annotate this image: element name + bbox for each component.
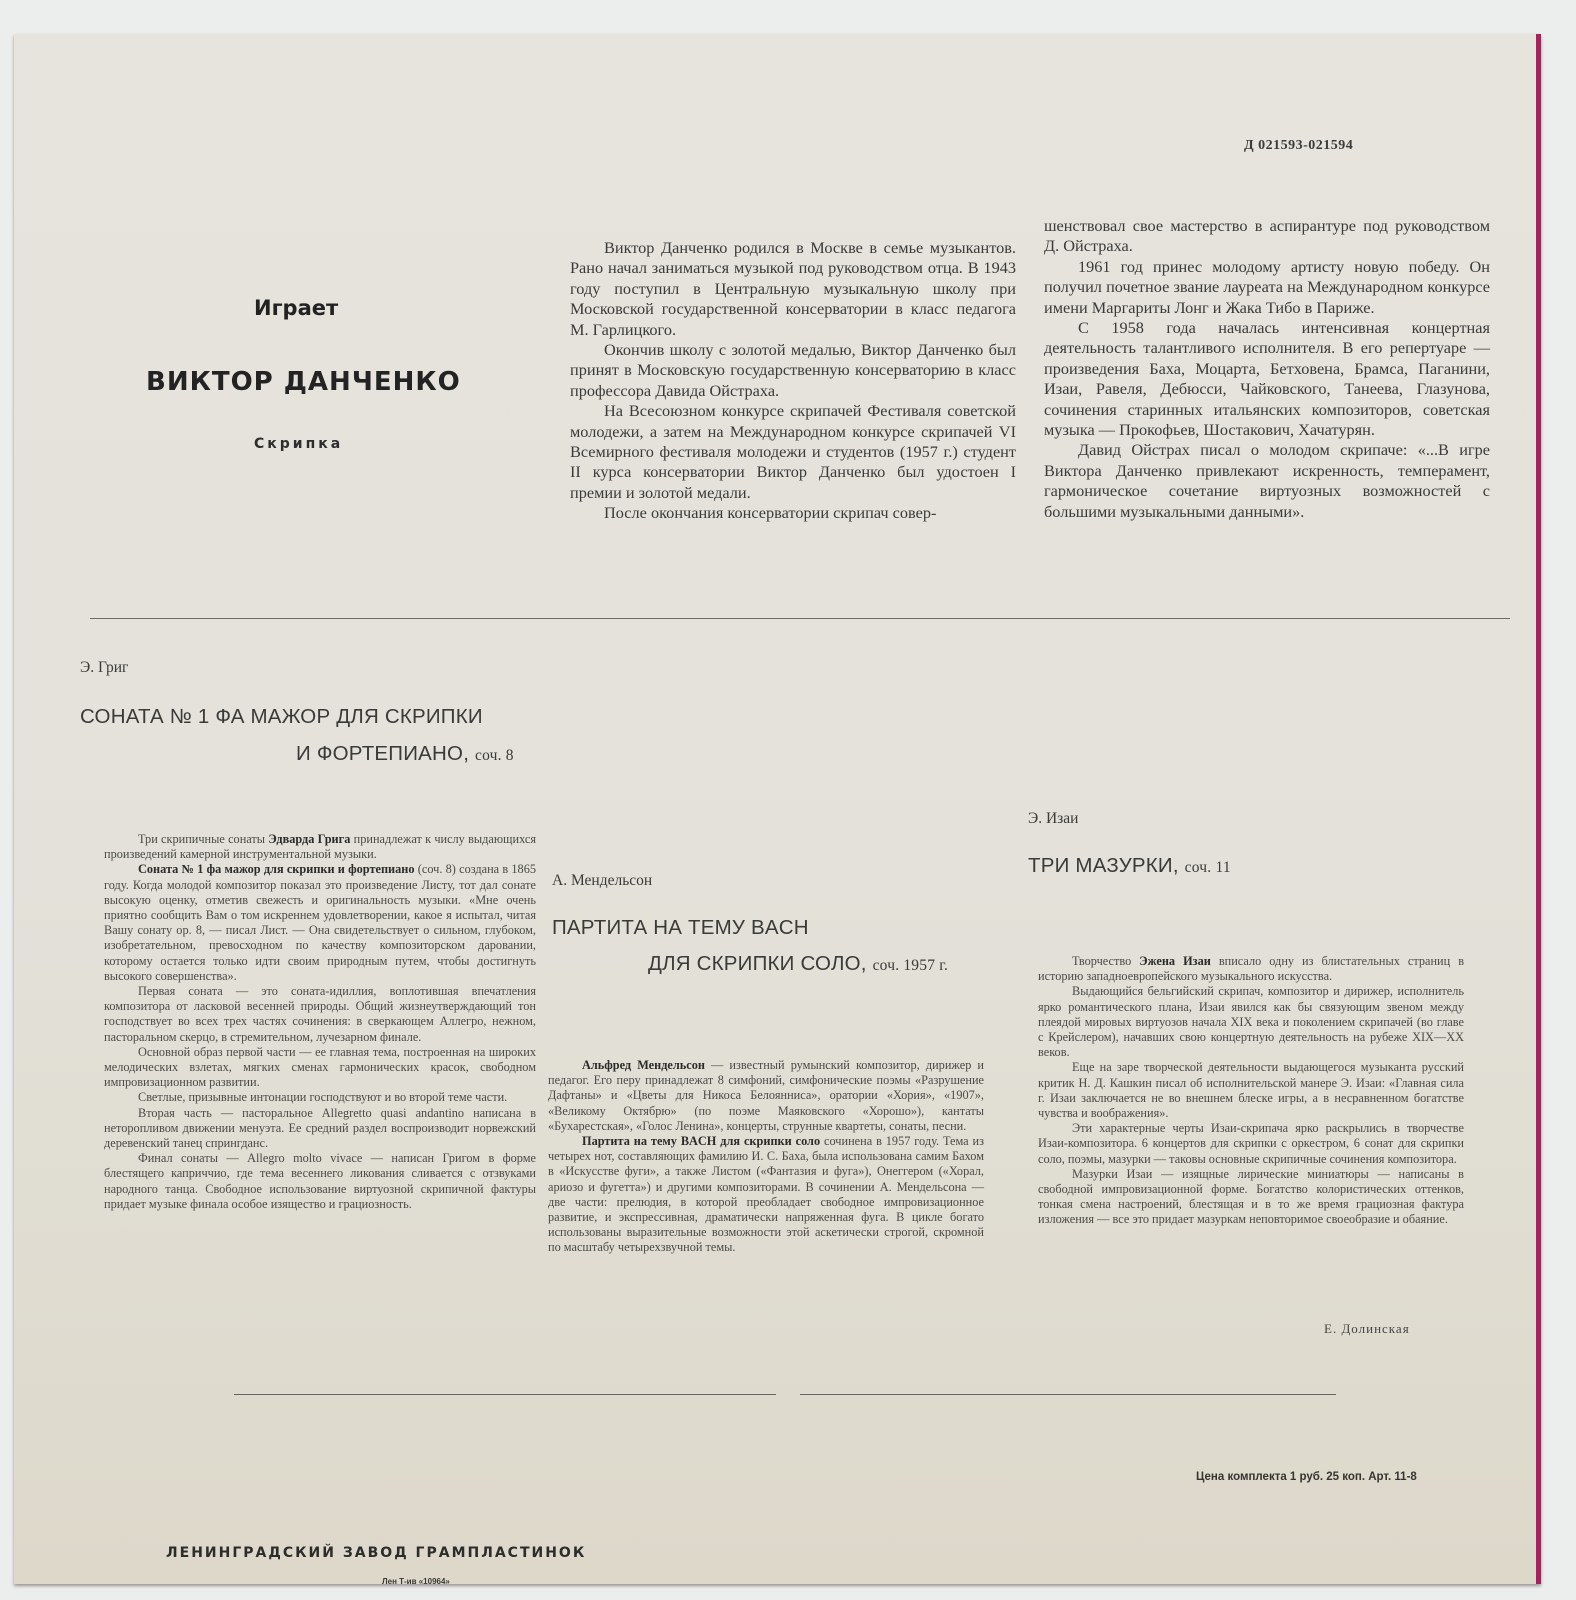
note-paragraph: Альфред Мендельсон — известный румынский…	[548, 1058, 984, 1134]
footer-rule-left	[234, 1394, 776, 1395]
note-paragraph: Эти характерные черты Изаи-скрипача ярко…	[1038, 1121, 1464, 1167]
bio-paragraph: На Всесоюзном конкурсе скрипачей Фестива…	[570, 401, 1016, 503]
bio-paragraph: 1961 год принес молодому артисту новую п…	[1044, 257, 1490, 318]
footer-rule-right	[800, 1394, 1336, 1395]
bio-paragraph: Окончив школу с золотой медалью, Виктор …	[570, 340, 1016, 401]
emphasized-text: Эдварда Грига	[268, 832, 350, 846]
printer-mark: Лен Т-ив «10964»	[382, 1577, 450, 1586]
bio-paragraph: Виктор Данченко родился в Москве в семье…	[570, 238, 1016, 340]
work-notes: Три скрипичные сонаты Эдварда Грига прин…	[104, 832, 536, 1212]
bio-paragraph: С 1958 года началась интенсивная концерт…	[1044, 318, 1490, 440]
catalog-number: Д 021593-021594	[1244, 138, 1353, 154]
work-title-line: ДЛЯ СКРИПКИ СОЛО, соч. 1957 г.	[648, 946, 948, 984]
composer-name: Э. Изаи	[1028, 810, 1078, 828]
note-paragraph: Первая соната — это соната-идиллия, вопл…	[104, 984, 536, 1045]
note-paragraph: Выдающийся бельгийский скрипач, композит…	[1038, 984, 1464, 1060]
bio-paragraph: шенствовал свое мастерство в аспирантуре…	[1044, 216, 1490, 257]
note-paragraph: Светлые, призывные интонации господствую…	[104, 1090, 536, 1105]
work-title-line: И ФОРТЕПИАНО, соч. 8	[296, 736, 514, 774]
note-paragraph: Творчество Эжена Изаи вписало одну из бл…	[1038, 954, 1464, 984]
note-paragraph: Вторая часть — пасторальное Allegretto q…	[104, 1106, 536, 1152]
note-paragraph: Мазурки Изаи — изящные лирические миниат…	[1038, 1167, 1464, 1228]
composer-name: Э. Григ	[80, 659, 128, 677]
note-paragraph: Основной образ первой части — ее главная…	[104, 1045, 536, 1091]
work-title-line: СОНАТА № 1 ФА МАЖОР ДЛЯ СКРИПКИ	[80, 699, 483, 735]
note-paragraph: Еще на заре творческой деятельности выда…	[1038, 1060, 1464, 1121]
bio-paragraph: Давид Ойстрах писал о молодом скрипаче: …	[1044, 440, 1490, 522]
instrument-label: Скрипка	[254, 436, 343, 452]
emphasized-text: Соната № 1 фа мажор для скрипки и фортеп…	[138, 862, 415, 876]
note-paragraph: Финал сонаты — Allegro molto vivace — на…	[104, 1151, 536, 1212]
bio-paragraph: После окончания консерватории скрипач со…	[570, 503, 1016, 523]
biography-column-2: шенствовал свое мастерство в аспирантуре…	[1044, 216, 1490, 522]
note-paragraph: Соната № 1 фа мажор для скрипки и фортеп…	[104, 862, 536, 984]
composer-name: А. Мендельсон	[552, 872, 652, 890]
opus-number: соч. 1957 г.	[873, 957, 949, 974]
plays-label: Играет	[254, 296, 338, 320]
opus-number: соч. 8	[475, 747, 514, 764]
note-paragraph: Партита на тему BACH для скрипки соло со…	[548, 1134, 984, 1256]
emphasized-text: Партита на тему BACH для скрипки соло	[582, 1134, 820, 1148]
biography-column-1: Виктор Данченко родился в Москве в семье…	[570, 238, 1016, 524]
work-notes: Творчество Эжена Изаи вписало одну из бл…	[1038, 954, 1464, 1228]
opus-number: соч. 11	[1185, 859, 1231, 876]
emphasized-text: Эжена Изаи	[1139, 954, 1211, 968]
note-paragraph: Три скрипичные сонаты Эдварда Грига прин…	[104, 832, 536, 862]
record-sleeve-back: Д 021593-021594 Играет ВИКТОР ДАНЧЕНКО С…	[14, 34, 1541, 1584]
author-signature: Е. Долинская	[1324, 1321, 1410, 1337]
work-title-text: И ФОРТЕПИАНО,	[296, 742, 469, 765]
manufacturer-name: ЛЕНИНГРАДСКИЙ ЗАВОД ГРАМПЛАСТИНОК	[166, 1545, 586, 1561]
work-title-line: ТРИ МАЗУРКИ, соч. 11	[1028, 848, 1231, 886]
work-title-text: ТРИ МАЗУРКИ,	[1028, 854, 1179, 877]
work-title-text: ДЛЯ СКРИПКИ СОЛО,	[648, 952, 867, 975]
section-divider	[90, 618, 1510, 619]
emphasized-text: Альфред Мендельсон	[582, 1058, 705, 1072]
work-notes: Альфред Мендельсон — известный румынский…	[548, 1058, 984, 1256]
work-title-line: ПАРТИТА НА ТЕМУ BACH	[552, 910, 809, 946]
artist-name: ВИКТОР ДАНЧЕНКО	[146, 367, 461, 397]
price-label: Цена комплекта 1 руб. 25 коп. Арт. 11-8	[1196, 1471, 1417, 1483]
